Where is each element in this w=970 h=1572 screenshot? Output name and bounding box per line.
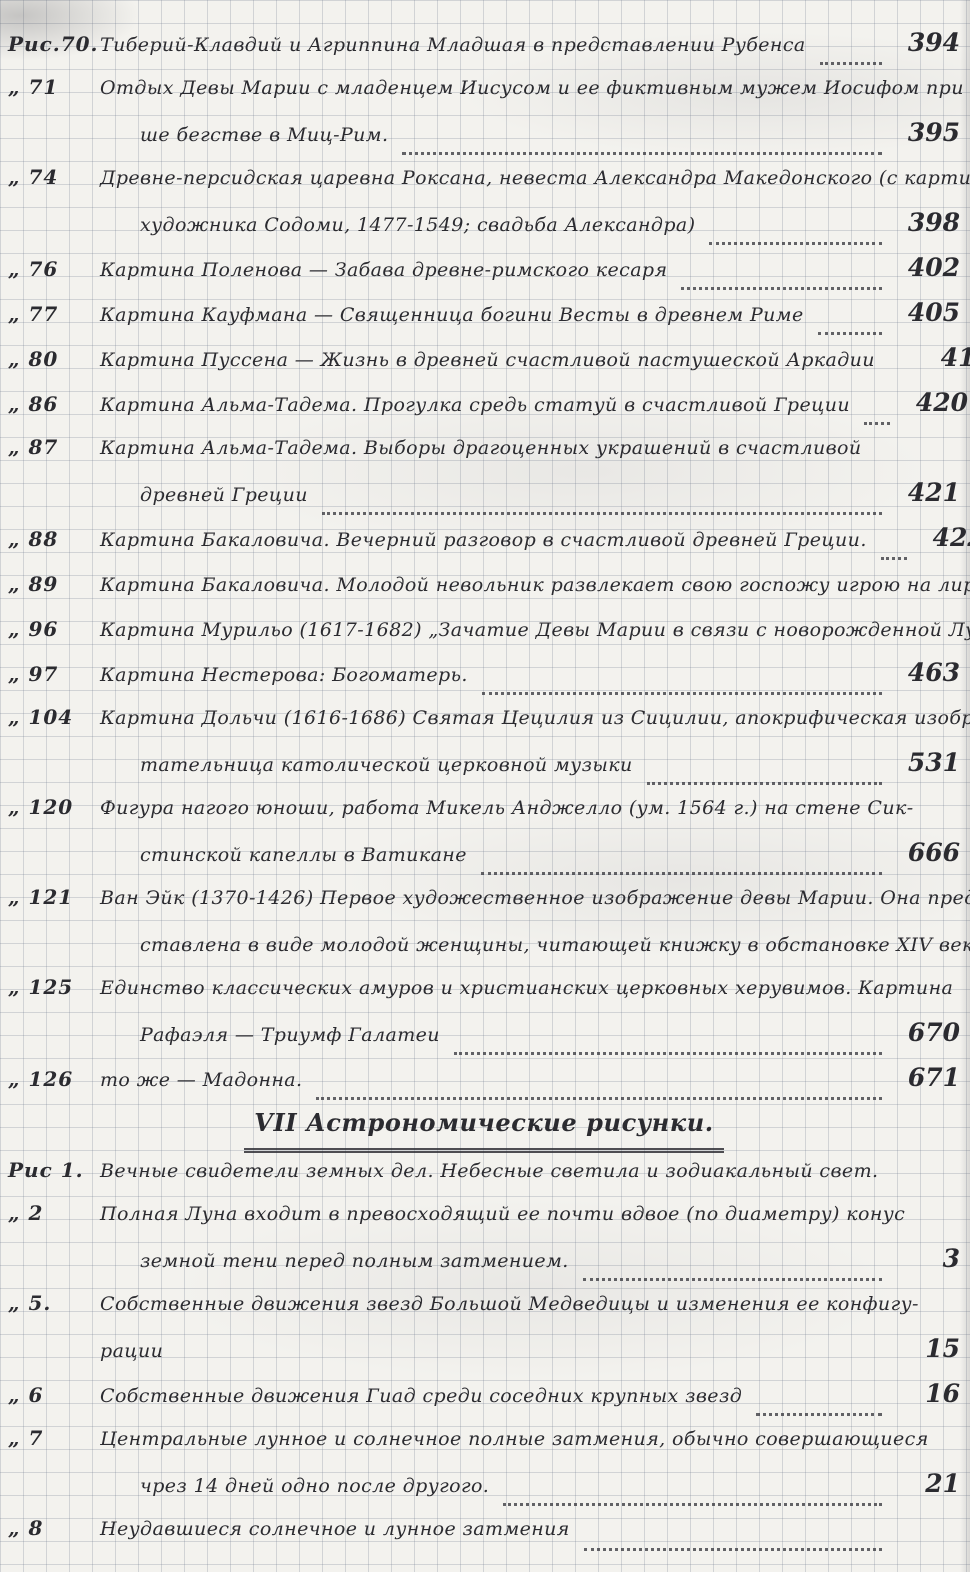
entry-text: Неудавшиеся солнечное и лунное затмения bbox=[100, 1507, 570, 1552]
toc-entry-line: „ 8Неудавшиеся солнечное и лунное затмен… bbox=[8, 1506, 960, 1551]
figure-label: „ 77 bbox=[8, 292, 100, 337]
entry-text: Вечные свидетели земных дел. Небесные св… bbox=[100, 1149, 878, 1194]
toc-entry-line: древней Греции421 bbox=[8, 470, 960, 515]
figure-label: „ 2 bbox=[8, 1191, 100, 1236]
entry-text: Картина Бакаловича. Молодой невольник ра… bbox=[100, 563, 970, 608]
toc-entry-line: рации15 bbox=[8, 1326, 960, 1371]
page-number: 402 bbox=[894, 245, 960, 290]
toc-entry-line: „ 80Картина Пуссена — Жизнь в древней сч… bbox=[8, 335, 960, 380]
page-number: 666 bbox=[894, 830, 960, 875]
page-number: 395 bbox=[894, 110, 960, 155]
toc-entry-line: „ 88Картина Бакаловича. Вечерний разгово… bbox=[8, 515, 960, 560]
toc-entry-line: „ 120Фигура нагого юноши, работа Микель … bbox=[8, 785, 960, 830]
toc-entry-line: художника Содоми, 1477-1549; свадьба Але… bbox=[8, 200, 960, 245]
page-number: 16 bbox=[894, 1371, 960, 1416]
entry-text: Картина Бакаловича. Вечерний разговор в … bbox=[100, 518, 867, 563]
figure-label: „ 120 bbox=[8, 785, 100, 830]
toc-entry-line: „ 71Отдых Девы Марии с младенцем Иисусом… bbox=[8, 65, 960, 110]
entry-text: чрез 14 дней одно после другого. bbox=[100, 1464, 489, 1509]
page-number: 405 bbox=[894, 290, 960, 335]
entry-text: Отдых Девы Марии с младенцем Иисусом и е… bbox=[100, 66, 964, 111]
entry-text: стинской капеллы в Ватикане bbox=[100, 833, 467, 878]
figure-label: „ 71 bbox=[8, 65, 100, 110]
toc-entry-line: чрез 14 дней одно после другого.21 bbox=[8, 1461, 960, 1506]
entry-text: ставлена в виде молодой женщины, читающе… bbox=[100, 923, 970, 968]
toc-entry-line: „ 121Ван Эйк (1370-1426) Первое художест… bbox=[8, 875, 960, 920]
figure-label: „ 87 bbox=[8, 425, 100, 470]
figure-label: Рис 1. bbox=[8, 1148, 100, 1193]
dot-leader bbox=[402, 118, 882, 155]
page-number: 463 bbox=[894, 650, 960, 695]
toc-entry-line: „ 2Полная Луна входит в превосходящий ее… bbox=[8, 1191, 960, 1236]
entry-text: древней Греции bbox=[100, 473, 308, 518]
toc-entry-line: „ 126то же — Мадонна.671 bbox=[8, 1055, 960, 1100]
entry-text: Древне-персидская царевна Роксана, невес… bbox=[100, 156, 970, 201]
entry-text: Картина Альма-Тадема. Прогулка средь ста… bbox=[100, 383, 850, 428]
toc-entry-line: „ 7Центральные лунное и солнечное полные… bbox=[8, 1416, 960, 1461]
toc-entry-line: стинской капеллы в Ватикане666 bbox=[8, 830, 960, 875]
toc-entry-line: „ 104Картина Дольчи (1616-1686) Святая Ц… bbox=[8, 695, 960, 740]
figure-label: „ 88 bbox=[8, 517, 100, 562]
entry-text: ше бегстве в Миц-Рим. bbox=[100, 113, 388, 158]
entry-text: Рафаэля — Триумф Галатеи bbox=[100, 1013, 440, 1058]
entry-text: Картина Мурильо (1617-1682) „Зачатие Дев… bbox=[100, 608, 970, 653]
entry-text: Единство классических амуров и христианс… bbox=[100, 966, 953, 1011]
dot-leader bbox=[503, 1469, 882, 1506]
page-number: 670 bbox=[894, 1010, 960, 1055]
toc-entry-line: ставлена в виде молодой женщины, читающе… bbox=[8, 920, 960, 965]
section-heading: VII Астрономические рисунки. bbox=[244, 1100, 723, 1153]
toc-entry-line: „ 76Картина Поленова — Забава древне-рим… bbox=[8, 245, 960, 290]
entry-text: земной тени перед полным затмением. bbox=[100, 1239, 569, 1284]
figure-label: „ 7 bbox=[8, 1416, 100, 1461]
toc-entry-line: „ 89Картина Бакаловича. Молодой невольни… bbox=[8, 560, 960, 605]
page-number: 421 bbox=[894, 470, 960, 515]
entry-text: Картина Альма-Тадема. Выборы драгоценных… bbox=[100, 426, 862, 471]
dot-leader bbox=[647, 748, 882, 785]
entry-text: Ван Эйк (1370-1426) Первое художественно… bbox=[100, 876, 970, 921]
dot-leader bbox=[818, 298, 882, 335]
entry-text: художника Содоми, 1477-1549; свадьба Але… bbox=[100, 203, 695, 248]
page-number: 531 bbox=[894, 740, 960, 785]
toc-entry-line: „ 74Древне-персидская царевна Роксана, н… bbox=[8, 155, 960, 200]
page-number: 21 bbox=[894, 1461, 960, 1506]
figure-label: „ 74 bbox=[8, 155, 100, 200]
dot-leader bbox=[681, 253, 882, 290]
toc-entry-line: „ 97Картина Нестерова: Богоматерь.463 bbox=[8, 650, 960, 695]
figure-label: „ 89 bbox=[8, 562, 100, 607]
figure-index-art-section: Рис.70.Тиберий-Клавдий и Агриппина Младш… bbox=[8, 20, 960, 1100]
toc-entry-line: тательница католической церковной музыки… bbox=[8, 740, 960, 785]
page-number: 394 bbox=[894, 20, 960, 65]
entry-text: Тиберий-Клавдий и Агриппина Младшая в пр… bbox=[100, 23, 806, 68]
page-number: 3 bbox=[894, 1236, 960, 1281]
page-number: 412 bbox=[927, 335, 970, 380]
dot-leader bbox=[881, 523, 907, 560]
toc-entry-line: Рис.70.Тиберий-Клавдий и Агриппина Младш… bbox=[8, 20, 960, 65]
page-number: 420 bbox=[902, 380, 968, 425]
page-number: 422 bbox=[919, 515, 970, 560]
figure-index-astro-section: Рис 1.Вечные свидетели земных дел. Небес… bbox=[8, 1146, 960, 1551]
entry-text: то же — Мадонна. bbox=[100, 1058, 302, 1103]
figure-label: „ 5. bbox=[8, 1281, 100, 1326]
toc-entry-line: „ 86Картина Альма-Тадема. Прогулка средь… bbox=[8, 380, 960, 425]
dot-leader bbox=[820, 28, 882, 65]
dot-leader bbox=[454, 1018, 882, 1055]
toc-entry-line: „ 96Картина Мурильо (1617-1682) „Зачатие… bbox=[8, 605, 960, 650]
dot-leader bbox=[482, 658, 882, 695]
figure-label: „ 121 bbox=[8, 875, 100, 920]
dot-leader bbox=[316, 1063, 882, 1100]
toc-entry-line: Рафаэля — Триумф Галатеи670 bbox=[8, 1010, 960, 1055]
page-number: 2 bbox=[930, 1146, 970, 1191]
toc-entry-line: земной тени перед полным затмением.3 bbox=[8, 1236, 960, 1281]
dot-leader bbox=[756, 1379, 882, 1416]
figure-label: „ 8 bbox=[8, 1506, 100, 1551]
entry-text: Центральные лунное и солнечное полные за… bbox=[100, 1417, 929, 1462]
dot-leader bbox=[584, 1514, 882, 1551]
page-number: 671 bbox=[894, 1055, 960, 1100]
dot-leader bbox=[322, 478, 882, 515]
dot-leader bbox=[481, 838, 882, 875]
toc-entry-line: Рис 1.Вечные свидетели земных дел. Небес… bbox=[8, 1146, 960, 1191]
toc-entry-line: „ 77Картина Кауфмана — Священница богини… bbox=[8, 290, 960, 335]
toc-entry-line: „ 87Картина Альма-Тадема. Выборы драгоце… bbox=[8, 425, 960, 470]
toc-entry-line: ше бегстве в Миц-Рим.395 bbox=[8, 110, 960, 155]
dot-leader bbox=[177, 1337, 882, 1371]
entry-text: Фигура нагого юноши, работа Микель Андже… bbox=[100, 786, 914, 831]
figure-label: „ 86 bbox=[8, 382, 100, 427]
entry-text: Картина Поленова — Забава древне-римског… bbox=[100, 248, 667, 293]
figure-label: „ 96 bbox=[8, 607, 100, 652]
notebook-page: Рис.70.Тиберий-Клавдий и Агриппина Младш… bbox=[0, 0, 970, 1551]
dot-leader bbox=[892, 1157, 918, 1191]
entry-text: Собственные движения звезд Большой Медве… bbox=[100, 1282, 919, 1327]
entry-text: Картина Нестерова: Богоматерь. bbox=[100, 653, 468, 698]
toc-entry-line: „ 125Единство классических амуров и хрис… bbox=[8, 965, 960, 1010]
figure-label: „ 80 bbox=[8, 337, 100, 382]
entry-text: рации bbox=[100, 1329, 163, 1374]
toc-entry-line: „ 5.Собственные движения звезд Большой М… bbox=[8, 1281, 960, 1326]
entry-text: Картина Пуссена — Жизнь в древней счастл… bbox=[100, 338, 875, 383]
entry-text: Картина Дольчи (1616-1686) Святая Цецили… bbox=[100, 696, 970, 741]
figure-label: „ 126 bbox=[8, 1057, 100, 1102]
entry-text: тательница католической церковной музыки bbox=[100, 743, 633, 788]
entry-text: Картина Кауфмана — Священница богини Вес… bbox=[100, 293, 804, 338]
figure-label: Рис.70. bbox=[8, 22, 100, 67]
entry-text: Полная Луна входит в превосходящий ее по… bbox=[100, 1192, 905, 1237]
figure-label: „ 125 bbox=[8, 965, 100, 1010]
dot-leader bbox=[864, 388, 890, 425]
page-number: 15 bbox=[894, 1326, 960, 1371]
entry-text: Собственные движения Гиад среди соседних… bbox=[100, 1374, 742, 1419]
toc-entry-line: „ 6Собственные движения Гиад среди сосед… bbox=[8, 1371, 960, 1416]
section-heading-row: VII Астрономические рисунки. bbox=[8, 1100, 960, 1146]
figure-label: „ 6 bbox=[8, 1373, 100, 1418]
dot-leader bbox=[709, 208, 882, 245]
page-number: 398 bbox=[894, 200, 960, 245]
dot-leader bbox=[889, 346, 915, 380]
dot-leader bbox=[583, 1244, 882, 1281]
figure-label: „ 76 bbox=[8, 247, 100, 292]
figure-label: „ 97 bbox=[8, 652, 100, 697]
figure-label: „ 104 bbox=[8, 695, 100, 740]
